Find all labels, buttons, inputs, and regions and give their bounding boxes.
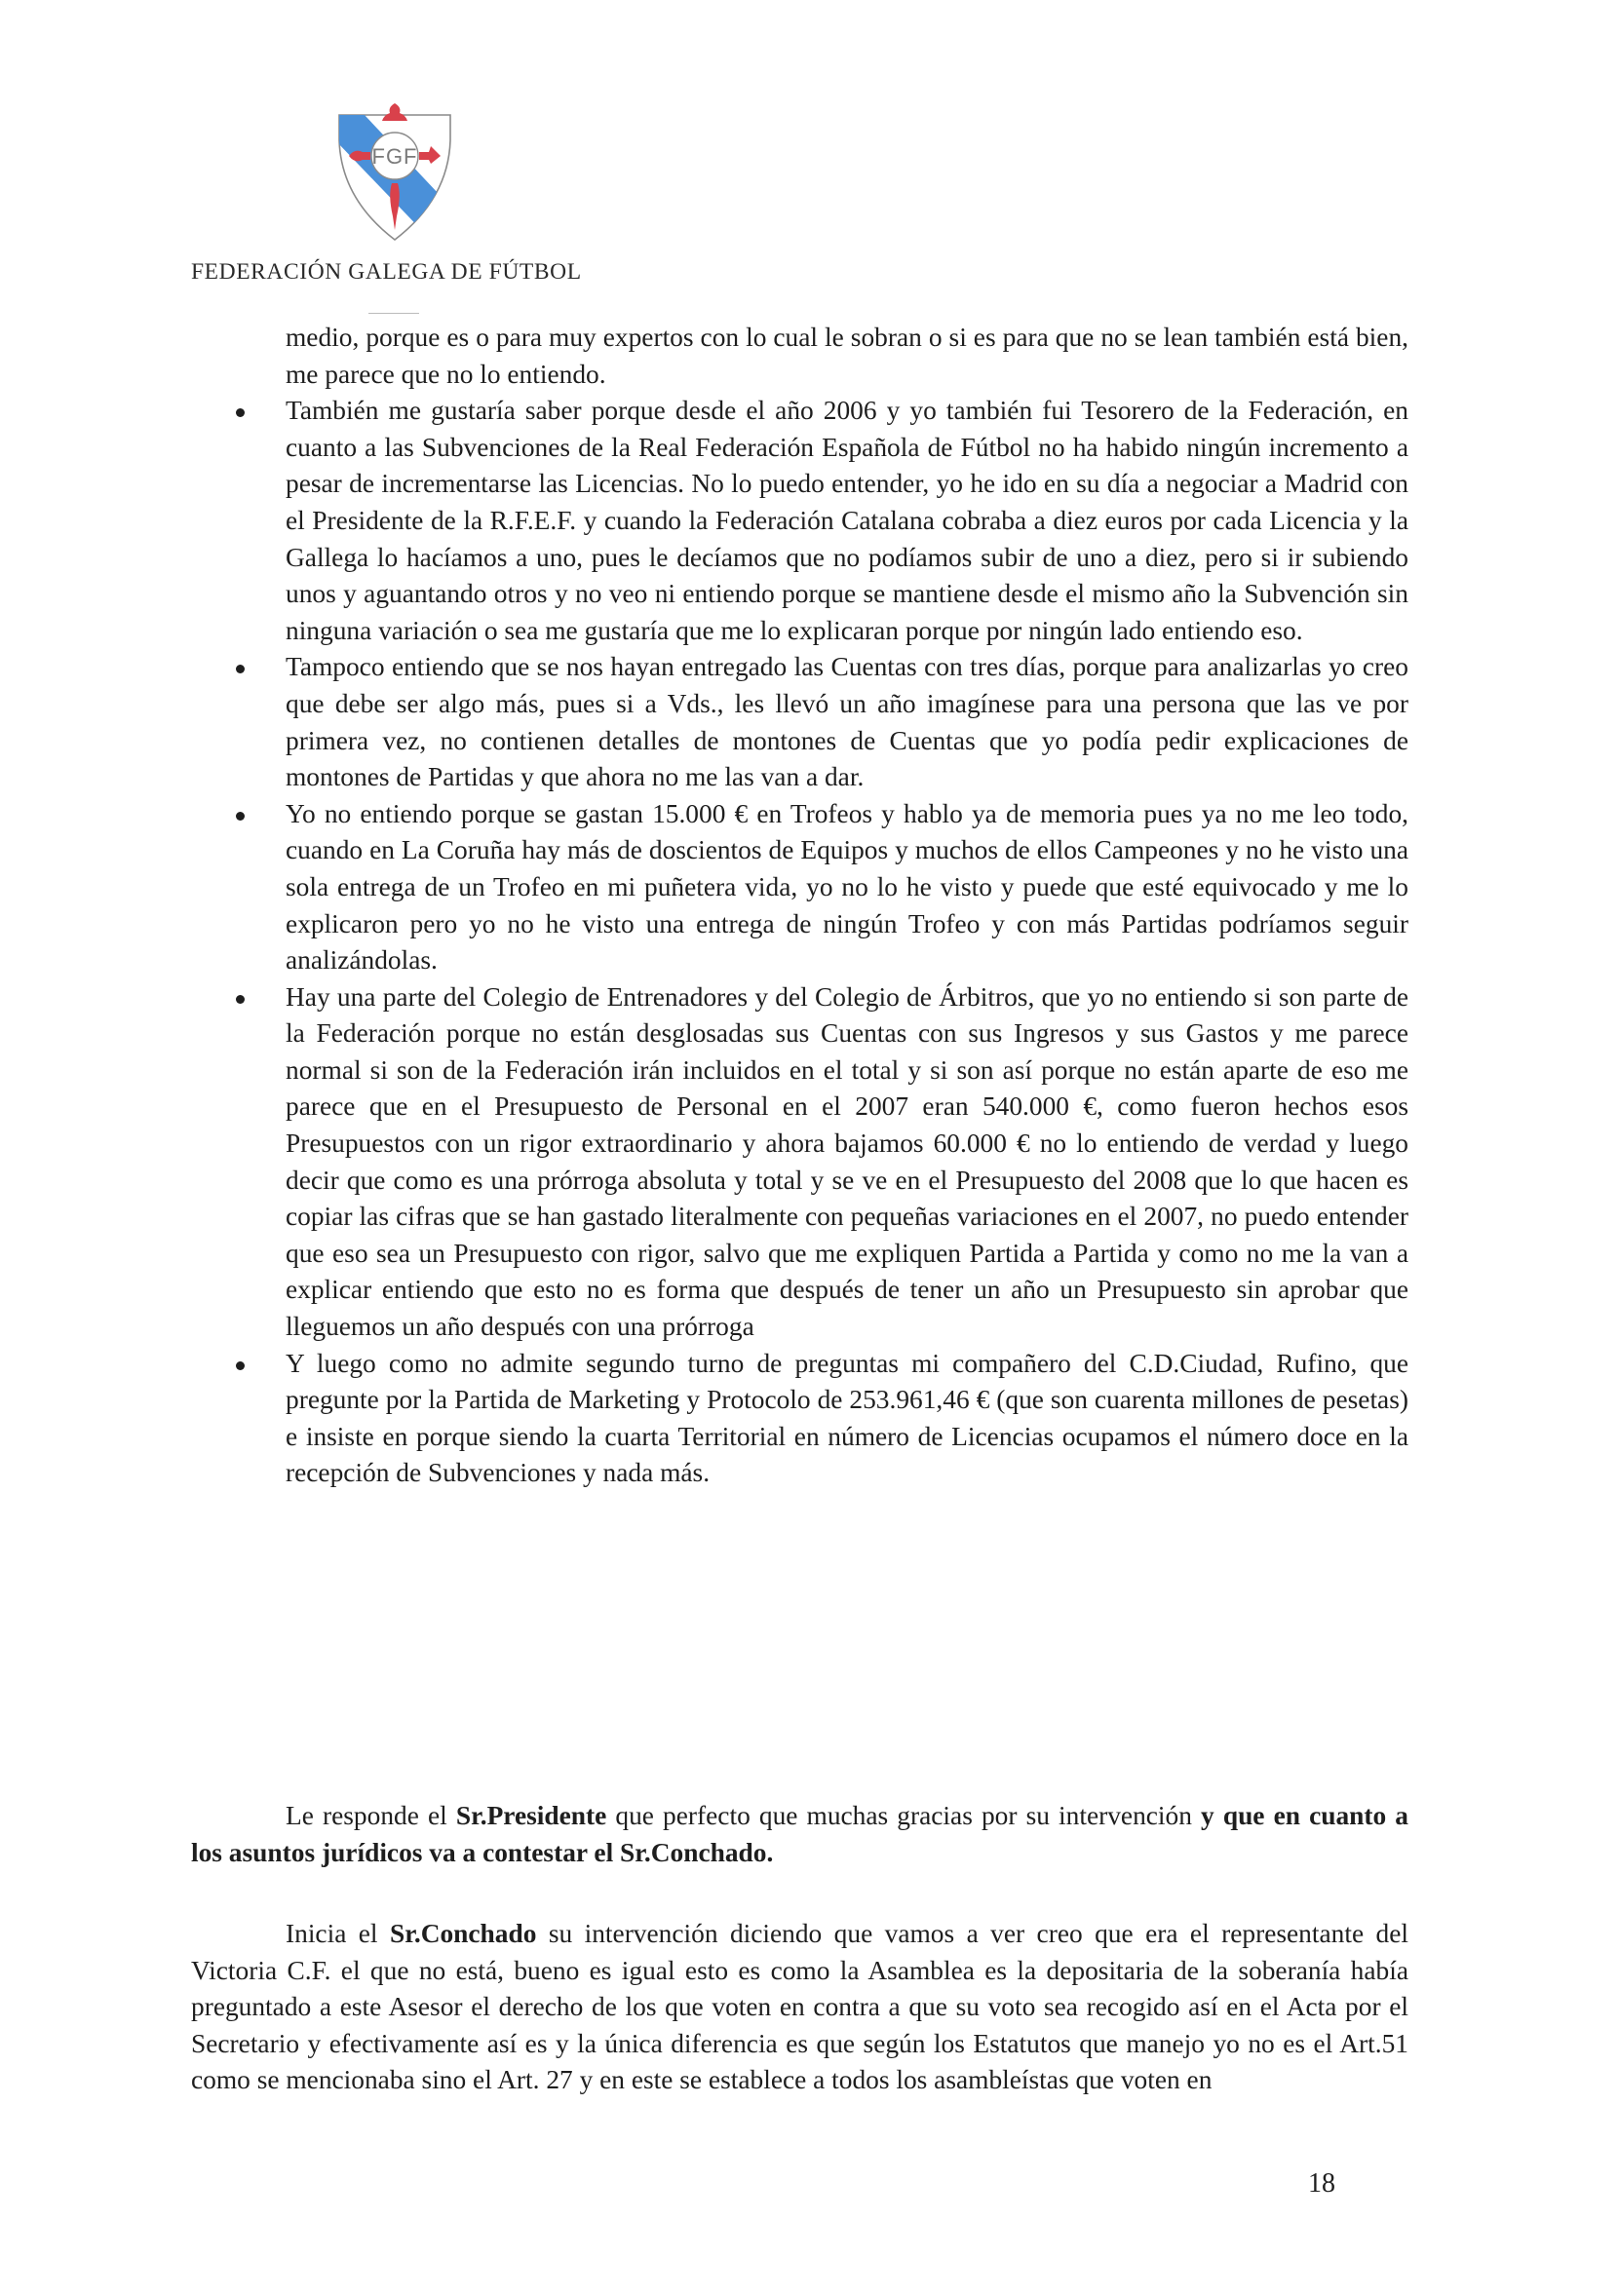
bullet-icon [236,665,245,673]
list-item: Y luego como no admite segundo turno de … [286,1346,1408,1492]
svg-text:FGF: FGF [372,144,418,169]
question-list: También me gustaría saber porque desde e… [286,393,1408,1492]
conchado-intervention-paragraph: Inicia el Sr.Conchado su intervención di… [191,1916,1408,2099]
bullet-icon [236,995,245,1004]
continued-paragraph: medio, porque es o para muy expertos con… [286,320,1408,393]
fgf-shield-logo-icon: FGF [335,101,454,244]
speaker-name: Sr.Conchado [390,1919,536,1948]
list-item: Yo no entiendo porque se gastan 15.000 €… [286,796,1408,979]
scan-mark-divider [368,313,419,314]
speaker-name: Sr.Presidente [456,1801,606,1830]
document-page: FGF FEDERACIÓN GALEGA DE FÚTBOL medio, p… [0,0,1618,2296]
list-item-text: También me gustaría saber porque desde e… [286,396,1408,645]
list-item-text: Tampoco entiendo que se nos hayan entreg… [286,652,1408,791]
bullet-icon [236,408,245,417]
list-item-text: Yo no entiendo porque se gastan 15.000 €… [286,799,1408,975]
list-item: Hay una parte del Colegio de Entrenadore… [286,979,1408,1346]
list-item: Tampoco entiendo que se nos hayan entreg… [286,649,1408,795]
list-item-text: Hay una parte del Colegio de Entrenadore… [286,982,1408,1341]
page-number: 18 [1308,2168,1335,2200]
organization-name: FEDERACIÓN GALEGA DE FÚTBOL [191,259,582,286]
list-item-text: Y luego como no admite segundo turno de … [286,1349,1408,1488]
list-item: También me gustaría saber porque desde e… [286,393,1408,649]
bullet-icon [236,812,245,821]
bullet-section: medio, porque es o para muy expertos con… [286,320,1408,1492]
bullet-icon [236,1361,245,1370]
president-response-paragraph: Le responde el Sr.Presidente que perfect… [191,1798,1408,1871]
